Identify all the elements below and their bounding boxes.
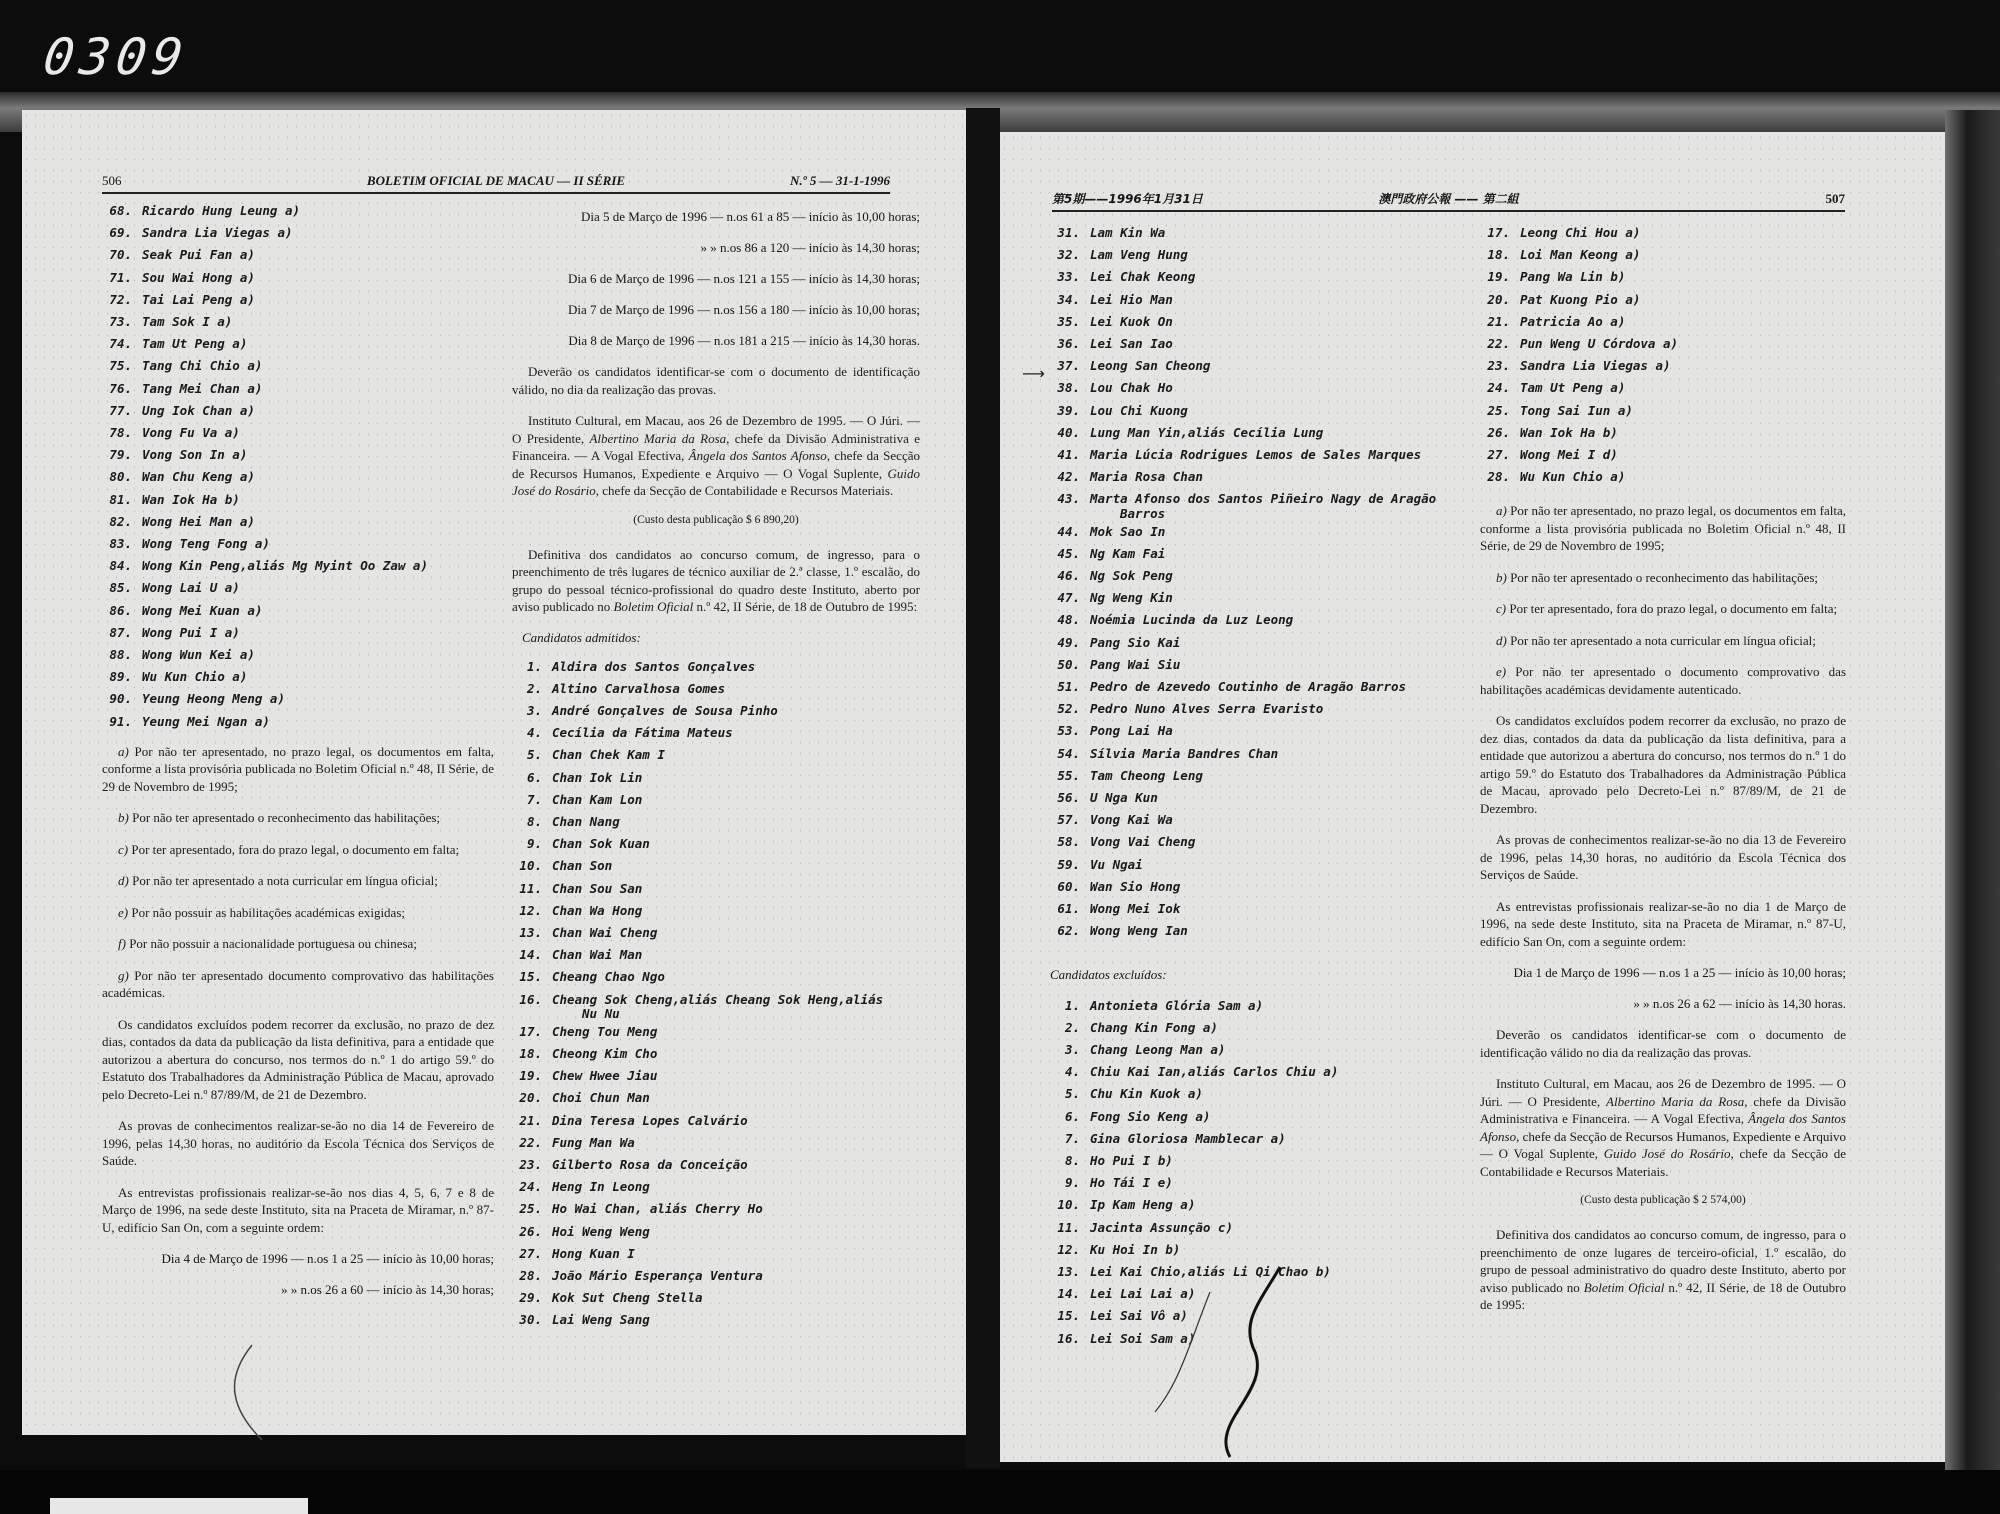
candidate-name: Marta Afonso dos Santos Piñeiro Nagy de … <box>1090 491 1436 506</box>
item-number: 13. <box>512 922 542 944</box>
arrow-annotation-icon: ⟶ <box>1022 364 1045 383</box>
list-item: 58.Vong Vai Cheng <box>1050 831 1470 853</box>
list-item: 62.Wong Weng Ian <box>1050 920 1470 942</box>
schedule-line: Dia 4 de Março de 1996 — n.os 1 a 25 — i… <box>102 1250 494 1267</box>
item-number: 59. <box>1050 854 1080 876</box>
list-item: 5.Chu Kin Kuok a) <box>1050 1083 1470 1105</box>
list-item: 71.Sou Wai Hong a) <box>102 267 494 289</box>
candidate-name: Cheong Kim Cho <box>552 1046 657 1061</box>
item-number: 84. <box>102 555 132 577</box>
candidate-name: Kok Sut Cheng Stella <box>552 1290 703 1305</box>
list-item: 3.André Gonçalves de Sousa Pinho <box>512 700 920 722</box>
list-item: 24.Tam Ut Peng a) <box>1480 377 1846 399</box>
item-number: 32. <box>1050 244 1080 266</box>
candidate-name: Wu Kun Chio a) <box>142 669 247 684</box>
list-item: 74.Tam Ut Peng a) <box>102 333 494 355</box>
list-item: 37.Leong San Cheong <box>1050 355 1470 377</box>
schedule-line: Dia 5 de Março de 1996 — n.os 61 a 85 — … <box>512 208 920 225</box>
candidate-name: Lei Kai Chio,aliás Li Qi Chao b) <box>1090 1264 1331 1279</box>
item-number: 47. <box>1050 587 1080 609</box>
candidate-name: Ho Tái I e) <box>1090 1175 1173 1190</box>
microfilm-frame-number: 0309 <box>40 28 193 86</box>
list-item: 84.Wong Kin Peng,aliás Mg Myint Oo Zaw a… <box>102 555 494 577</box>
candidate-name: Tam Ut Peng a) <box>142 336 247 351</box>
item-number: 17. <box>512 1021 542 1043</box>
list-item: 52.Pedro Nuno Alves Serra Evaristo <box>1050 698 1470 720</box>
candidate-name: Wong Lai U a) <box>142 580 240 595</box>
candidate-name: Chan Sou San <box>552 881 642 896</box>
item-number: 19. <box>1480 266 1510 288</box>
list-item: 75.Tang Chi Chio a) <box>102 355 494 377</box>
item-number: 26. <box>1480 422 1510 444</box>
list-item: 36.Lei San Iao <box>1050 333 1470 355</box>
item-number: 22. <box>1480 333 1510 355</box>
candidate-name: Chan Wai Man <box>552 947 642 962</box>
item-number: 28. <box>512 1265 542 1287</box>
list-item: 89.Wu Kun Chio a) <box>102 666 494 688</box>
candidate-name: U Nga Kun <box>1090 790 1158 805</box>
list-item: 54.Sílvia Maria Bandres Chan <box>1050 743 1470 765</box>
list-item: 8.Chan Nang <box>512 811 920 833</box>
candidate-name: Seak Pui Fan a) <box>142 247 255 262</box>
item-number: 8. <box>1050 1150 1080 1172</box>
candidate-name: Sou Wai Hong a) <box>142 270 255 285</box>
item-number: 34. <box>1050 289 1080 311</box>
item-number: 44. <box>1050 521 1080 543</box>
item-number: 68. <box>102 200 132 222</box>
list-item: 21.Patricia Ao a) <box>1480 311 1846 333</box>
item-number: 38. <box>1050 377 1080 399</box>
candidate-name: Wong Weng Ian <box>1090 923 1188 938</box>
list-item: 17.Cheng Tou Meng <box>512 1021 920 1043</box>
item-number: 4. <box>512 722 542 744</box>
item-number: 23. <box>512 1154 542 1176</box>
item-number: 81. <box>102 489 132 511</box>
list-item: 28.João Mário Esperança Ventura <box>512 1265 920 1287</box>
item-number: 77. <box>102 400 132 422</box>
candidate-name: Chan Wa Hong <box>552 903 642 918</box>
candidate-name: Sandra Lia Viegas a) <box>1520 358 1671 373</box>
list-item: 18.Cheong Kim Cho <box>512 1043 920 1065</box>
list-item: 21.Dina Teresa Lopes Calvário <box>512 1110 920 1132</box>
publication-cost: (Custo desta publicação $ 2 574,00) <box>1480 1194 1846 1206</box>
candidate-name: Lei San Iao <box>1090 336 1173 351</box>
item-number: 70. <box>102 244 132 266</box>
candidate-name: Maria Rosa Chan <box>1090 469 1203 484</box>
right-column-1: 31.Lam Kin Wa32.Lam Veng Hung33.Lei Chak… <box>1050 222 1470 1350</box>
list-item: 78.Vong Fu Va a) <box>102 422 494 444</box>
exam-paragraph: As provas de conhecimentos realizar-se-ã… <box>102 1117 494 1170</box>
item-number: 3. <box>512 700 542 722</box>
candidate-name: Noémia Lucinda da Luz Leong <box>1090 612 1293 627</box>
list-item: 7.Chan Kam Lon <box>512 789 920 811</box>
item-number: 52. <box>1050 698 1080 720</box>
list-item: 2.Chang Kin Fong a) <box>1050 1017 1470 1039</box>
list-item: 46.Ng Sok Peng <box>1050 565 1470 587</box>
candidate-name: Ku Hoi In b) <box>1090 1242 1180 1257</box>
schedule-line: » » n.os 26 a 60 — início às 14,30 horas… <box>102 1281 494 1298</box>
candidate-name: João Mário Esperança Ventura <box>552 1268 763 1283</box>
exclusion-note: c) Por ter apresentado, fora do prazo le… <box>1480 600 1846 618</box>
list-item: 22.Fung Man Wa <box>512 1132 920 1154</box>
list-item: 18.Loi Man Keong a) <box>1480 244 1846 266</box>
list-item: 20.Pat Kuong Pio a) <box>1480 289 1846 311</box>
item-number: 14. <box>1050 1283 1080 1305</box>
publication-title: BOLETIM OFICIAL DE MACAU — II SÉRIE <box>102 173 890 189</box>
item-number: 42. <box>1050 466 1080 488</box>
candidate-name: Tam Cheong Leng <box>1090 768 1203 783</box>
item-number: 36. <box>1050 333 1080 355</box>
interviews-paragraph: As entrevistas profissionais realizar-se… <box>102 1184 494 1237</box>
candidate-name: Lei Sai Vô a) <box>1090 1308 1188 1323</box>
candidate-name: Altino Carvalhosa Gomes <box>552 681 725 696</box>
item-number: 79. <box>102 444 132 466</box>
candidate-name: Pang Wa Lin b) <box>1520 269 1625 284</box>
candidate-name: Ung Iok Chan a) <box>142 403 255 418</box>
list-item: 10.Chan Son <box>512 855 920 877</box>
list-item: 47.Ng Weng Kin <box>1050 587 1470 609</box>
candidate-name: Wan Sio Hong <box>1090 879 1180 894</box>
candidate-name: Lou Chak Ho <box>1090 380 1173 395</box>
item-number: 71. <box>102 267 132 289</box>
candidate-name: Wong Wun Kei a) <box>142 647 255 662</box>
candidate-name: Chan Son <box>552 858 612 873</box>
candidate-name: Lung Man Yin,aliás Cecília Lung <box>1090 425 1323 440</box>
list-item: 25.Tong Sai Iun a) <box>1480 400 1846 422</box>
item-number: 21. <box>1480 311 1510 333</box>
candidate-name: Chan Chek Kam I <box>552 747 665 762</box>
item-number: 10. <box>512 855 542 877</box>
candidate-name: Pong Lai Ha <box>1090 723 1173 738</box>
candidate-name: Wong Hei Man a) <box>142 514 255 529</box>
item-number: 78. <box>102 422 132 444</box>
candidate-name: Wong Teng Fong a) <box>142 536 270 551</box>
schedule-line: Dia 7 de Março de 1996 — n.os 156 a 180 … <box>512 301 920 318</box>
list-item: 76.Tang Mei Chan a) <box>102 378 494 400</box>
item-number: 7. <box>512 789 542 811</box>
schedule-line: Dia 6 de Março de 1996 — n.os 121 a 155 … <box>512 270 920 287</box>
page-506: 506 BOLETIM OFICIAL DE MACAU — II SÉRIE … <box>22 110 966 1435</box>
pen-mark <box>212 1340 292 1450</box>
list-item: 59.Vu Ngai <box>1050 854 1470 876</box>
list-item: 88.Wong Wun Kei a) <box>102 644 494 666</box>
identification-paragraph: Deverão os candidatos identificar-se com… <box>1480 1026 1846 1061</box>
candidate-name: Yeung Mei Ngan a) <box>142 714 270 729</box>
candidate-name: Heng In Leong <box>552 1179 650 1194</box>
item-number: 20. <box>1480 289 1510 311</box>
interview-schedule: Dia 5 de Março de 1996 — n.os 61 a 85 — … <box>512 208 920 349</box>
item-number: 30. <box>512 1309 542 1331</box>
jury-signature: Instituto Cultural, em Macau, aos 26 de … <box>512 412 920 500</box>
list-item: 11.Jacinta Assunção c) <box>1050 1217 1470 1239</box>
item-number: 88. <box>102 644 132 666</box>
list-item: 16.Cheang Sok Cheng,aliás Cheang Sok Hen… <box>512 989 920 1021</box>
candidate-name: Tang Mei Chan a) <box>142 381 262 396</box>
item-number: 12. <box>1050 1239 1080 1261</box>
list-item: 6.Fong Sio Keng a) <box>1050 1106 1470 1128</box>
list-item: 91.Yeung Mei Ngan a) <box>102 711 494 733</box>
candidate-name: Ricardo Hung Leung a) <box>142 203 300 218</box>
item-number: 58. <box>1050 831 1080 853</box>
candidate-name: Cheang Chao Ngo <box>552 969 665 984</box>
item-number: 90. <box>102 688 132 710</box>
list-item: 90.Yeung Heong Meng a) <box>102 688 494 710</box>
item-number: 28. <box>1480 466 1510 488</box>
schedule-line: » » n.os 26 a 62 — início às 14,30 horas… <box>1480 995 1846 1012</box>
candidate-name: Vong Son In a) <box>142 447 247 462</box>
exclusion-notes: a) Por não ter apresentado, no prazo leg… <box>1480 502 1846 698</box>
list-item: 82.Wong Hei Man a) <box>102 511 494 533</box>
list-item: 12.Chan Wa Hong <box>512 900 920 922</box>
list-item: 56.U Nga Kun <box>1050 787 1470 809</box>
list-item: 19.Chew Hwee Jiau <box>512 1065 920 1087</box>
item-number: 13. <box>1050 1261 1080 1283</box>
exclusion-note: f) Por não possuir a nacionalidade portu… <box>102 935 494 953</box>
list-item: 34.Lei Hio Man <box>1050 289 1470 311</box>
list-item: 33.Lei Chak Keong <box>1050 266 1470 288</box>
list-item: 22.Pun Weng U Córdova a) <box>1480 333 1846 355</box>
list-item: 83.Wong Teng Fong a) <box>102 533 494 555</box>
list-item: 73.Tam Sok I a) <box>102 311 494 333</box>
excluded-candidates-list: 68.Ricardo Hung Leung a)69.Sandra Lia Vi… <box>102 200 494 733</box>
list-item: 10.Ip Kam Heng a) <box>1050 1194 1470 1216</box>
identification-paragraph: Deverão os candidatos identificar-se com… <box>512 363 920 398</box>
page-header: 506 BOLETIM OFICIAL DE MACAU — II SÉRIE … <box>102 172 890 194</box>
list-item: 8.Ho Pui I b) <box>1050 1150 1470 1172</box>
item-number: 26. <box>512 1221 542 1243</box>
candidate-name: Tang Chi Chio a) <box>142 358 262 373</box>
exclusion-note: b) Por não ter apresentado o reconhecime… <box>102 809 494 827</box>
item-number: 24. <box>1480 377 1510 399</box>
list-item: 31.Lam Kin Wa <box>1050 222 1470 244</box>
candidate-name: Ip Kam Heng a) <box>1090 1197 1195 1212</box>
exclusion-note: e) Por não ter apresentado o documento c… <box>1480 663 1846 698</box>
item-number: 16. <box>512 989 542 1011</box>
candidate-name: Yeung Heong Meng a) <box>142 691 285 706</box>
list-item: 4.Cecília da Fátima Mateus <box>512 722 920 744</box>
item-number: 83. <box>102 533 132 555</box>
candidate-name: Hoi Weng Weng <box>552 1224 650 1239</box>
exclusion-notes: a) Por não ter apresentado, no prazo leg… <box>102 743 494 1002</box>
item-number: 2. <box>1050 1017 1080 1039</box>
item-number: 73. <box>102 311 132 333</box>
candidate-name-continued: Barros <box>1050 507 1470 521</box>
item-number: 7. <box>1050 1128 1080 1150</box>
list-item: 29.Kok Sut Cheng Stella <box>512 1287 920 1309</box>
list-item: 69.Sandra Lia Viegas a) <box>102 222 494 244</box>
list-item: 24.Heng In Leong <box>512 1176 920 1198</box>
item-number: 22. <box>512 1132 542 1154</box>
exclusion-note: c) Por ter apresentado, fora do prazo le… <box>102 841 494 859</box>
list-item: 26.Hoi Weng Weng <box>512 1221 920 1243</box>
item-number: 74. <box>102 333 132 355</box>
item-number: 46. <box>1050 565 1080 587</box>
list-item: 57.Vong Kai Wa <box>1050 809 1470 831</box>
issue-date: N.º 5 — 31-1-1996 <box>790 173 890 189</box>
candidate-name: Chan Wai Cheng <box>552 925 657 940</box>
candidate-name: Gilberto Rosa da Conceição <box>552 1157 748 1172</box>
item-number: 60. <box>1050 876 1080 898</box>
admitted-candidates-list: 1.Aldira dos Santos Gonçalves2.Altino Ca… <box>512 656 920 1332</box>
item-number: 25. <box>512 1198 542 1220</box>
item-number: 15. <box>512 966 542 988</box>
item-number: 27. <box>512 1243 542 1265</box>
item-number: 55. <box>1050 765 1080 787</box>
list-item: 42.Maria Rosa Chan <box>1050 466 1470 488</box>
item-number: 82. <box>102 511 132 533</box>
item-number: 41. <box>1050 444 1080 466</box>
item-number: 12. <box>512 900 542 922</box>
item-number: 16. <box>1050 1328 1080 1350</box>
list-item: 30.Lai Weng Sang <box>512 1309 920 1331</box>
interview-schedule: Dia 4 de Março de 1996 — n.os 1 a 25 — i… <box>102 1250 494 1298</box>
item-number: 27. <box>1480 444 1510 466</box>
list-item: 68.Ricardo Hung Leung a) <box>102 200 494 222</box>
item-number: 76. <box>102 378 132 400</box>
candidate-name: Tam Sok I a) <box>142 314 232 329</box>
list-item: 13.Lei Kai Chio,aliás Li Qi Chao b) <box>1050 1261 1470 1283</box>
item-number: 1. <box>1050 995 1080 1017</box>
list-item: 51.Pedro de Azevedo Coutinho de Aragão B… <box>1050 676 1470 698</box>
item-number: 72. <box>102 289 132 311</box>
candidate-name: Lai Weng Sang <box>552 1312 650 1327</box>
list-item: 6.Chan Iok Lin <box>512 767 920 789</box>
candidate-name: Chang Kin Fong a) <box>1090 1020 1218 1035</box>
list-item: 15.Cheang Chao Ngo <box>512 966 920 988</box>
candidate-name: Ng Sok Peng <box>1090 568 1173 583</box>
candidate-name: Patricia Ao a) <box>1520 314 1625 329</box>
list-item: 80.Wan Chu Keng a) <box>102 466 494 488</box>
item-number: 35. <box>1050 311 1080 333</box>
candidate-name: Pedro de Azevedo Coutinho de Aragão Barr… <box>1090 679 1406 694</box>
candidate-name: Ho Pui I b) <box>1090 1153 1173 1168</box>
candidate-name: Loi Man Keong a) <box>1520 247 1640 262</box>
list-item: 32.Lam Veng Hung <box>1050 244 1470 266</box>
item-number: 4. <box>1050 1061 1080 1083</box>
item-number: 20. <box>512 1087 542 1109</box>
candidate-name: Ng Weng Kin <box>1090 590 1173 605</box>
item-number: 61. <box>1050 898 1080 920</box>
list-item: 23.Gilberto Rosa da Conceição <box>512 1154 920 1176</box>
candidate-name: Wong Kin Peng,aliás Mg Myint Oo Zaw a) <box>142 558 428 573</box>
list-item: 61.Wong Mei Iok <box>1050 898 1470 920</box>
schedule-line: » » n.os 86 a 120 — início às 14,30 hora… <box>512 239 920 256</box>
list-item: 4.Chiu Kai Ian,aliás Carlos Chiu a) <box>1050 1061 1470 1083</box>
list-item: 28.Wu Kun Chio a) <box>1480 466 1846 488</box>
candidate-name: Leong Chi Hou a) <box>1520 225 1640 240</box>
item-number: 91. <box>102 711 132 733</box>
list-item: 12.Ku Hoi In b) <box>1050 1239 1470 1261</box>
exclusion-note: e) Por não possuir as habilitações acadé… <box>102 904 494 922</box>
page-507: 第5期——1996年1月31日 澳門政府公報 —— 第二組 507 31.Lam… <box>1000 132 1945 1462</box>
list-item: 85.Wong Lai U a) <box>102 577 494 599</box>
item-number: 49. <box>1050 632 1080 654</box>
candidate-name: Lei Hio Man <box>1090 292 1173 307</box>
candidate-name: Pedro Nuno Alves Serra Evaristo <box>1090 701 1323 716</box>
item-number: 11. <box>512 878 542 900</box>
item-number: 14. <box>512 944 542 966</box>
film-label-strip <box>50 1498 308 1514</box>
candidate-name: Fong Sio Keng a) <box>1090 1109 1210 1124</box>
candidate-name: Sílvia Maria Bandres Chan <box>1090 746 1278 761</box>
list-item: 25.Ho Wai Chan, aliás Cherry Ho <box>512 1198 920 1220</box>
candidate-name: Chan Sok Kuan <box>552 836 650 851</box>
list-item: 7.Gina Gloriosa Mamblecar a) <box>1050 1128 1470 1150</box>
list-item: 41.Maria Lúcia Rodrigues Lemos de Sales … <box>1050 444 1470 466</box>
appeal-paragraph: Os candidatos excluídos podem recorrer d… <box>1480 712 1846 817</box>
list-item: 35.Lei Kuok On <box>1050 311 1470 333</box>
candidate-name: Chang Leong Man a) <box>1090 1042 1225 1057</box>
list-item: 14.Chan Wai Man <box>512 944 920 966</box>
item-number: 86. <box>102 600 132 622</box>
candidate-name: Chew Hwee Jiau <box>552 1068 657 1083</box>
publication-cost: (Custo desta publicação $ 6 890,20) <box>512 514 920 526</box>
list-item: 55.Tam Cheong Leng <box>1050 765 1470 787</box>
list-item: 40.Lung Man Yin,aliás Cecília Lung <box>1050 422 1470 444</box>
jury-signature: Instituto Cultural, em Macau, aos 26 de … <box>1480 1075 1846 1180</box>
candidate-name: Antonieta Glória Sam a) <box>1090 998 1263 1013</box>
candidate-name: Cheng Tou Meng <box>552 1024 657 1039</box>
page-number: 507 <box>1826 191 1846 207</box>
book-gutter <box>966 108 1000 1468</box>
item-number: 17. <box>1480 222 1510 244</box>
exclusion-note: d) Por não ter apresentado a nota curric… <box>1480 632 1846 650</box>
candidate-name: Chan Kam Lon <box>552 792 642 807</box>
list-item: 53.Pong Lai Ha <box>1050 720 1470 742</box>
candidate-name: Pat Kuong Pio a) <box>1520 292 1640 307</box>
candidate-name: Tam Ut Peng a) <box>1520 380 1625 395</box>
item-number: 6. <box>1050 1106 1080 1128</box>
exclusion-note: a) Por não ter apresentado, no prazo leg… <box>102 743 494 796</box>
candidate-name: Sandra Lia Viegas a) <box>142 225 293 240</box>
appeal-paragraph: Os candidatos excluídos podem recorrer d… <box>102 1016 494 1104</box>
list-item: 2.Altino Carvalhosa Gomes <box>512 678 920 700</box>
list-item: 17.Leong Chi Hou a) <box>1480 222 1846 244</box>
candidate-name: Fung Man Wa <box>552 1135 635 1150</box>
item-number: 9. <box>1050 1172 1080 1194</box>
candidate-name: Cecília da Fátima Mateus <box>552 725 733 740</box>
list-item: 3.Chang Leong Man a) <box>1050 1039 1470 1061</box>
item-number: 48. <box>1050 609 1080 631</box>
list-item: 43.Marta Afonso dos Santos Piñeiro Nagy … <box>1050 488 1470 520</box>
item-number: 24. <box>512 1176 542 1198</box>
candidate-name: Mok Sao In <box>1090 524 1165 539</box>
item-number: 69. <box>102 222 132 244</box>
candidate-name: Wong Mei Kuan a) <box>142 603 262 618</box>
candidate-name: Wong Mei Iok <box>1090 901 1180 916</box>
left-column-2: Dia 5 de Março de 1996 — n.os 61 a 85 — … <box>512 208 920 1332</box>
excluded-label: Candidatos excluídos: <box>1050 967 1470 983</box>
candidate-name: André Gonçalves de Sousa Pinho <box>552 703 778 718</box>
candidate-name: Maria Lúcia Rodrigues Lemos de Sales Mar… <box>1090 447 1421 462</box>
right-column-2: 17.Leong Chi Hou a)18.Loi Man Keong a)19… <box>1480 222 1846 1328</box>
item-number: 80. <box>102 466 132 488</box>
list-item: 48.Noémia Lucinda da Luz Leong <box>1050 609 1470 631</box>
candidate-name: Lei Kuok On <box>1090 314 1173 329</box>
item-number: 9. <box>512 833 542 855</box>
item-number: 1. <box>512 656 542 678</box>
interview-schedule: Dia 1 de Março de 1996 — n.os 1 a 25 — i… <box>1480 964 1846 1012</box>
list-item: 19.Pang Wa Lin b) <box>1480 266 1846 288</box>
candidate-name: Tai Lai Peng a) <box>142 292 255 307</box>
item-number: 3. <box>1050 1039 1080 1061</box>
candidate-name: Pun Weng U Córdova a) <box>1520 336 1678 351</box>
item-number: 62. <box>1050 920 1080 942</box>
list-item: 45.Ng Kam Fai <box>1050 543 1470 565</box>
schedule-line: Dia 8 de Março de 1996 — n.os 181 a 215 … <box>512 332 920 349</box>
candidate-name: Dina Teresa Lopes Calvário <box>552 1113 748 1128</box>
candidate-name: Wong Mei I d) <box>1520 447 1618 462</box>
